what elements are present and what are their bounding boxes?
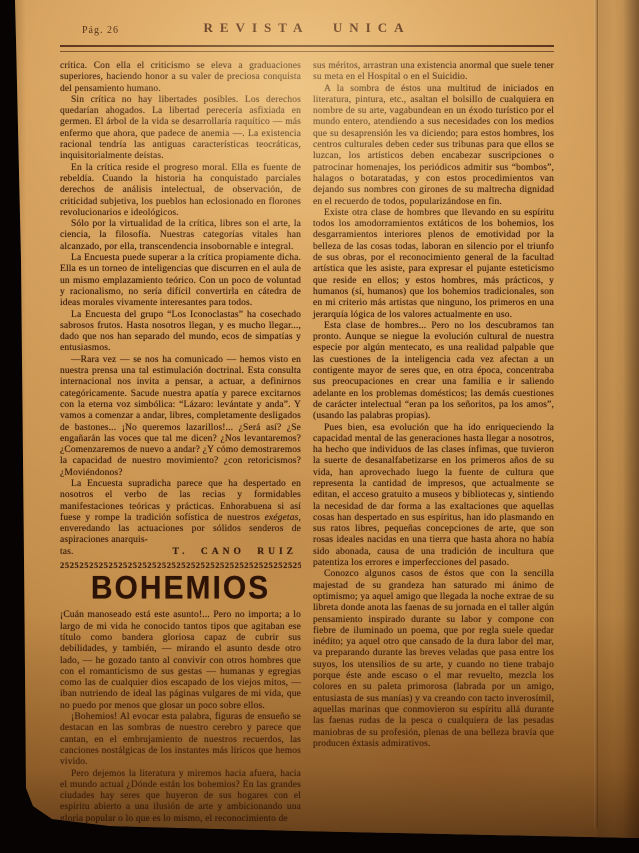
paragraph: Sin crítica no hay libertades posibles. … bbox=[60, 95, 301, 163]
paragraph: crítica. Con ella el criticismo se eleva… bbox=[60, 61, 301, 95]
italic-term: exégetas bbox=[265, 513, 299, 523]
page-crease bbox=[594, 0, 598, 828]
paragraph: La Encuesta supradicha parece que ha des… bbox=[60, 479, 301, 547]
paragraph: La Encuesta puede superar a la crítica p… bbox=[60, 253, 301, 309]
author-signature-row: tas. T. CANO RUIZ bbox=[60, 547, 301, 558]
column-left: crítica. Con ella el criticismo se eleva… bbox=[60, 61, 301, 825]
text-columns: crítica. Con ella el criticismo se eleva… bbox=[60, 61, 554, 825]
page-content: Pág. 26 REVISTA UNICA crítica. Con ella … bbox=[60, 20, 554, 825]
paragraph: —Rara vez — se nos ha comunicado — hemos… bbox=[60, 355, 301, 479]
paragraph: En la crítica reside el progreso moral. … bbox=[60, 163, 301, 219]
page-header: Pág. 26 REVISTA UNICA bbox=[60, 20, 554, 40]
header-double-rule bbox=[60, 45, 554, 52]
column-right: sus méritos, arrastran una existencia an… bbox=[313, 61, 554, 825]
author-signature: T. CANO RUIZ bbox=[173, 547, 301, 558]
paragraph: Pues bien, esa evolución que ha ido enri… bbox=[313, 423, 554, 570]
paragraph: Existe otra clase de hombres que llevand… bbox=[313, 208, 554, 321]
paragraph: ¡Bohemios! Al evocar esta palabra, figur… bbox=[60, 712, 301, 768]
page-fold-shade bbox=[597, 0, 639, 838]
paragraph: La Encuesta del grupo “Los Iconoclastas”… bbox=[60, 310, 301, 355]
photo-backdrop: Pág. 26 REVISTA UNICA crítica. Con ella … bbox=[0, 0, 639, 853]
paragraph: ¡Cuán manoseado está este asunto!... Per… bbox=[60, 610, 301, 712]
paragraph: Sólo por la virtualidad de la crítica, l… bbox=[60, 219, 301, 253]
paragraph: Esta clase de hombres... Pero no los des… bbox=[313, 321, 554, 423]
paragraph: Pero dejemos la literatura y miremos hac… bbox=[60, 769, 301, 825]
paragraph: Conozco algunos casos de éstos que con l… bbox=[313, 569, 554, 750]
hyphen-carryover: tas. bbox=[60, 547, 74, 558]
magazine-page: Pág. 26 REVISTA UNICA crítica. Con ella … bbox=[0, 0, 639, 853]
paragraph: sus méritos, arrastran una existencia an… bbox=[313, 61, 554, 84]
masthead-title: REVISTA UNICA bbox=[60, 20, 554, 36]
paragraph: A la sombra de éstos una multitud de ini… bbox=[313, 84, 554, 208]
article-title-bohemios: BOHEMIOS bbox=[60, 572, 301, 607]
page-number-label: Pág. 26 bbox=[82, 25, 119, 36]
